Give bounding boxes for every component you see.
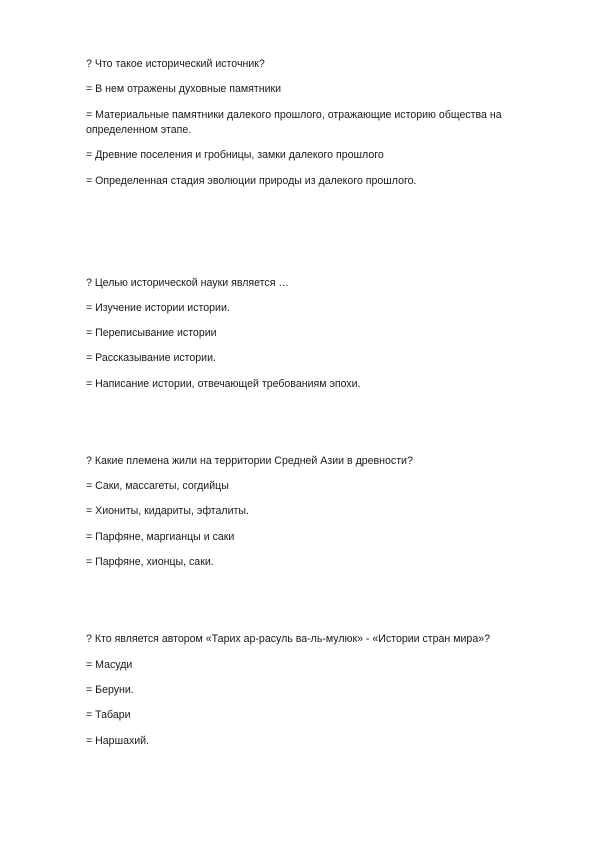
answer-option: = Рассказывание истории. bbox=[86, 351, 506, 366]
question-text: ? Целью исторической науки является … bbox=[86, 276, 506, 291]
answer-option: = В нем отражены духовные памятники bbox=[86, 82, 506, 97]
answer-option: = Изучение истории истории. bbox=[86, 301, 506, 316]
answer-option: = Материальные памятники далекого прошло… bbox=[86, 108, 506, 138]
answer-option: = Беруни. bbox=[86, 683, 506, 698]
answer-option: = Хиониты, кидариты, эфталиты. bbox=[86, 504, 506, 519]
answer-option: = Переписывание истории bbox=[86, 326, 506, 341]
answer-option: = Наршахий. bbox=[86, 734, 506, 749]
answer-option: = Парфяне, маргианцы и саки bbox=[86, 530, 506, 545]
document-page: ? Что такое исторический источник? = В н… bbox=[0, 0, 596, 842]
answer-option: = Масуди bbox=[86, 658, 506, 673]
answer-option: = Парфяне, хионцы, саки. bbox=[86, 555, 506, 570]
answer-option: = Саки, массагеты, согдийцы bbox=[86, 479, 506, 494]
answer-option: = Определенная стадия эволюции природы и… bbox=[86, 174, 506, 189]
answer-option: = Табари bbox=[86, 708, 506, 723]
answer-option: = Древние поселения и гробницы, замки да… bbox=[86, 148, 506, 163]
question-text: ? Какие племена жили на территории Средн… bbox=[86, 454, 506, 469]
question-text: ? Что такое исторический источник? bbox=[86, 57, 506, 72]
question-text: ? Кто является автором «Тарих ар-расуль … bbox=[86, 632, 506, 647]
answer-option: = Написание истории, отвечающей требован… bbox=[86, 377, 506, 392]
